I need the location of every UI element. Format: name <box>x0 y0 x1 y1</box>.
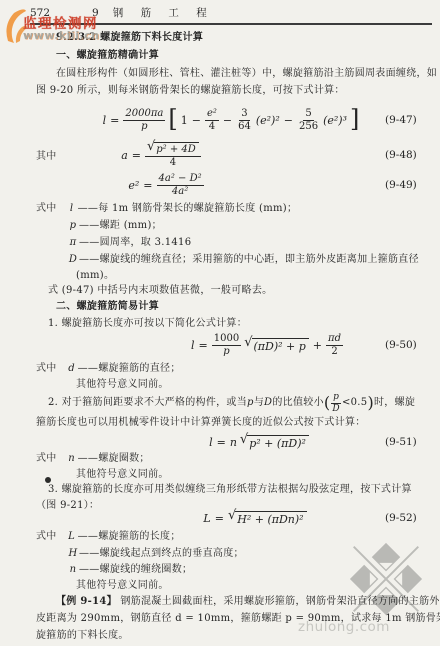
where-label: 式中 <box>36 453 57 464</box>
item-2-line-2: 箍筋长度也可以用机械零件设计中计算弹簧长度的近似公式按下式计算： <box>36 416 426 430</box>
equation-number: (9-51) <box>385 436 417 448</box>
eq49-fraction: 4a² − D² 4a² <box>157 173 204 197</box>
equation-9-49: e² = 4a² − D² 4a² (9-49) <box>36 171 426 199</box>
where-50-line-2: 其他符号意义同前。 <box>36 378 426 392</box>
book-page: 572 9 钢 筋 工 程 监理检测网 www.kiii.cn 9.2.3.2 … <box>0 0 440 646</box>
em-dash: —— <box>79 220 100 231</box>
scan-artifact-dot <box>45 477 51 483</box>
where-label: 式中 <box>36 203 57 214</box>
where-52-line-1: 式中L——螺旋箍筋的长度； <box>36 530 426 544</box>
equation-9-52: L = √H² + (πDn)² (9-52) <box>36 507 426 529</box>
where-52-line-4: 其他符号意义同前。 <box>36 579 426 593</box>
where-51-line-2: 其他符号意义同前。 <box>36 468 426 482</box>
equals-sign: = <box>214 512 225 525</box>
where-52-line-3: n——螺旋线的缠绕圈数； <box>36 563 426 577</box>
equation-number: (9-50) <box>385 339 417 351</box>
eq47-main-fraction: 2000πa p <box>123 108 165 132</box>
watermark-site-url: www.kiii.cn <box>23 29 100 42</box>
equation-9-51: l = n √p² + (πD)² (9-51) <box>36 430 426 454</box>
em-dash: —— <box>78 363 99 374</box>
eq48-fraction: √p² + 4D 4 <box>145 142 201 168</box>
chapter-title: 钢 筋 工 程 <box>113 5 214 20</box>
sqrt-radical: √H² + (πDn)² <box>228 511 307 526</box>
eq51-lhs: l <box>209 436 213 449</box>
watermark-top-left: 监理检测网 www.kiii.cn <box>2 2 122 48</box>
example-9-14-line-1: 【例 9-14】 钢筋混凝土圆截面柱，采用螺旋形箍筋，钢筋骨架沿直径方向的主筋外 <box>36 595 426 609</box>
equation-9-47: l = 2000πa p [ 1 − e² 4 − 3 64 (e²)² − 5… <box>36 104 426 136</box>
eq52-lhs: L <box>203 512 210 525</box>
where-47-line-1: 式中l——每 1m 钢筋骨架长的螺旋箍筋长度 (mm)； <box>36 202 426 216</box>
eq48-lhs: a <box>121 149 128 162</box>
equals-sign: = <box>142 179 153 192</box>
equation-number: (9-48) <box>385 149 417 161</box>
sqrt-radical: √(πD)² + p <box>244 338 309 353</box>
em-dash: —— <box>79 564 100 575</box>
item-3-line-1: 3. 螺旋箍筋的长度亦可用类似缠绕三角形纸带方法根据勾股弦定理，按下式计算 <box>36 483 426 497</box>
where-47-line-3: π——圆周率，取 3.1416 <box>36 236 426 250</box>
where-52-line-2: H——螺旋线起点到终点的垂直高度； <box>36 547 426 561</box>
equation-number: (9-47) <box>385 114 417 126</box>
where-label: 式中 <box>36 531 57 542</box>
equation-9-48: a = √p² + 4D 4 (9-48) <box>36 139 426 171</box>
where-51-line-1: 式中n——螺旋圈数； <box>36 452 426 466</box>
em-dash: —— <box>78 531 99 542</box>
item-2-line-1: 2. 对于箍筋间距要求不大严格的构件，或当 p 与 D 的比值较小 ( p D … <box>36 392 426 414</box>
equation-number: (9-52) <box>385 512 417 524</box>
eq47-lhs: l <box>103 114 107 127</box>
p-over-D-fraction: p D <box>330 392 342 414</box>
equation-9-50: l = 1000 p √(πD)² + p + πd 2 (9-50) <box>36 329 426 361</box>
where-47-line-4-cont: (mm)。 <box>36 269 426 283</box>
right-bracket: ] <box>350 107 359 131</box>
equals-sign: = <box>131 149 142 162</box>
sqrt-radical: √p² + (πD)² <box>240 435 309 450</box>
where-label: 式中 <box>36 363 57 374</box>
example-label: 【例 9-14】 <box>56 596 117 607</box>
example-9-14-line-3: 旋箍筋的下料长度。 <box>36 629 426 643</box>
equals-sign: = <box>216 436 227 449</box>
em-dash: —— <box>79 254 100 265</box>
sqrt-radical: √p² + 4D <box>145 142 201 157</box>
note-9-47: 式 (9-47) 中括号内末项数值甚微，一般可略去。 <box>36 284 426 298</box>
example-9-14-line-2: 皮距离为 290mm，钢筋直径 d = 10mm，箍筋螺距 p = 90mm，试… <box>36 612 426 626</box>
equation-number: (9-49) <box>385 179 417 191</box>
minus-sign: − <box>191 114 202 127</box>
em-dash: —— <box>79 237 100 248</box>
em-dash: —— <box>79 548 100 559</box>
paragraph-1-line-1: 在圆柱形构件（如圆形柱、管柱、灌注桩等）中，螺旋箍筋沿主筋圆周表面缠绕，如 <box>36 67 426 81</box>
eq50-tail-fraction: πd 2 <box>326 333 343 357</box>
em-dash: —— <box>78 453 99 464</box>
minus-sign: − <box>283 114 294 127</box>
paragraph-1-line-2: 图 9-20 所示，则每米钢筋骨架长的螺旋箍筋长度，可按下式计算： <box>36 84 426 98</box>
minus-sign: − <box>222 114 233 127</box>
eq50-fraction: 1000 p <box>212 333 241 357</box>
plus-sign: + <box>312 339 323 352</box>
equals-sign: = <box>198 339 209 352</box>
eq49-lhs: e² <box>128 179 139 192</box>
eq50-lhs: l <box>191 339 195 352</box>
em-dash: —— <box>78 203 99 214</box>
subsection-2-title: 二、螺旋箍筋简易计算 <box>36 300 426 314</box>
left-bracket: [ <box>168 107 177 131</box>
subsection-1-title: 一、螺旋箍筋精确计算 <box>36 49 426 63</box>
where-47-line-2: p——螺距 (mm)； <box>36 219 426 233</box>
equals-sign: = <box>109 114 120 127</box>
where-50-line-1: 式中d——螺旋箍筋的直径； <box>36 362 426 376</box>
where-47-line-4: D——螺旋线的缠绕直径；采用箍筋的中心距，即主筋外皮距离加上箍筋直径 <box>36 253 426 267</box>
